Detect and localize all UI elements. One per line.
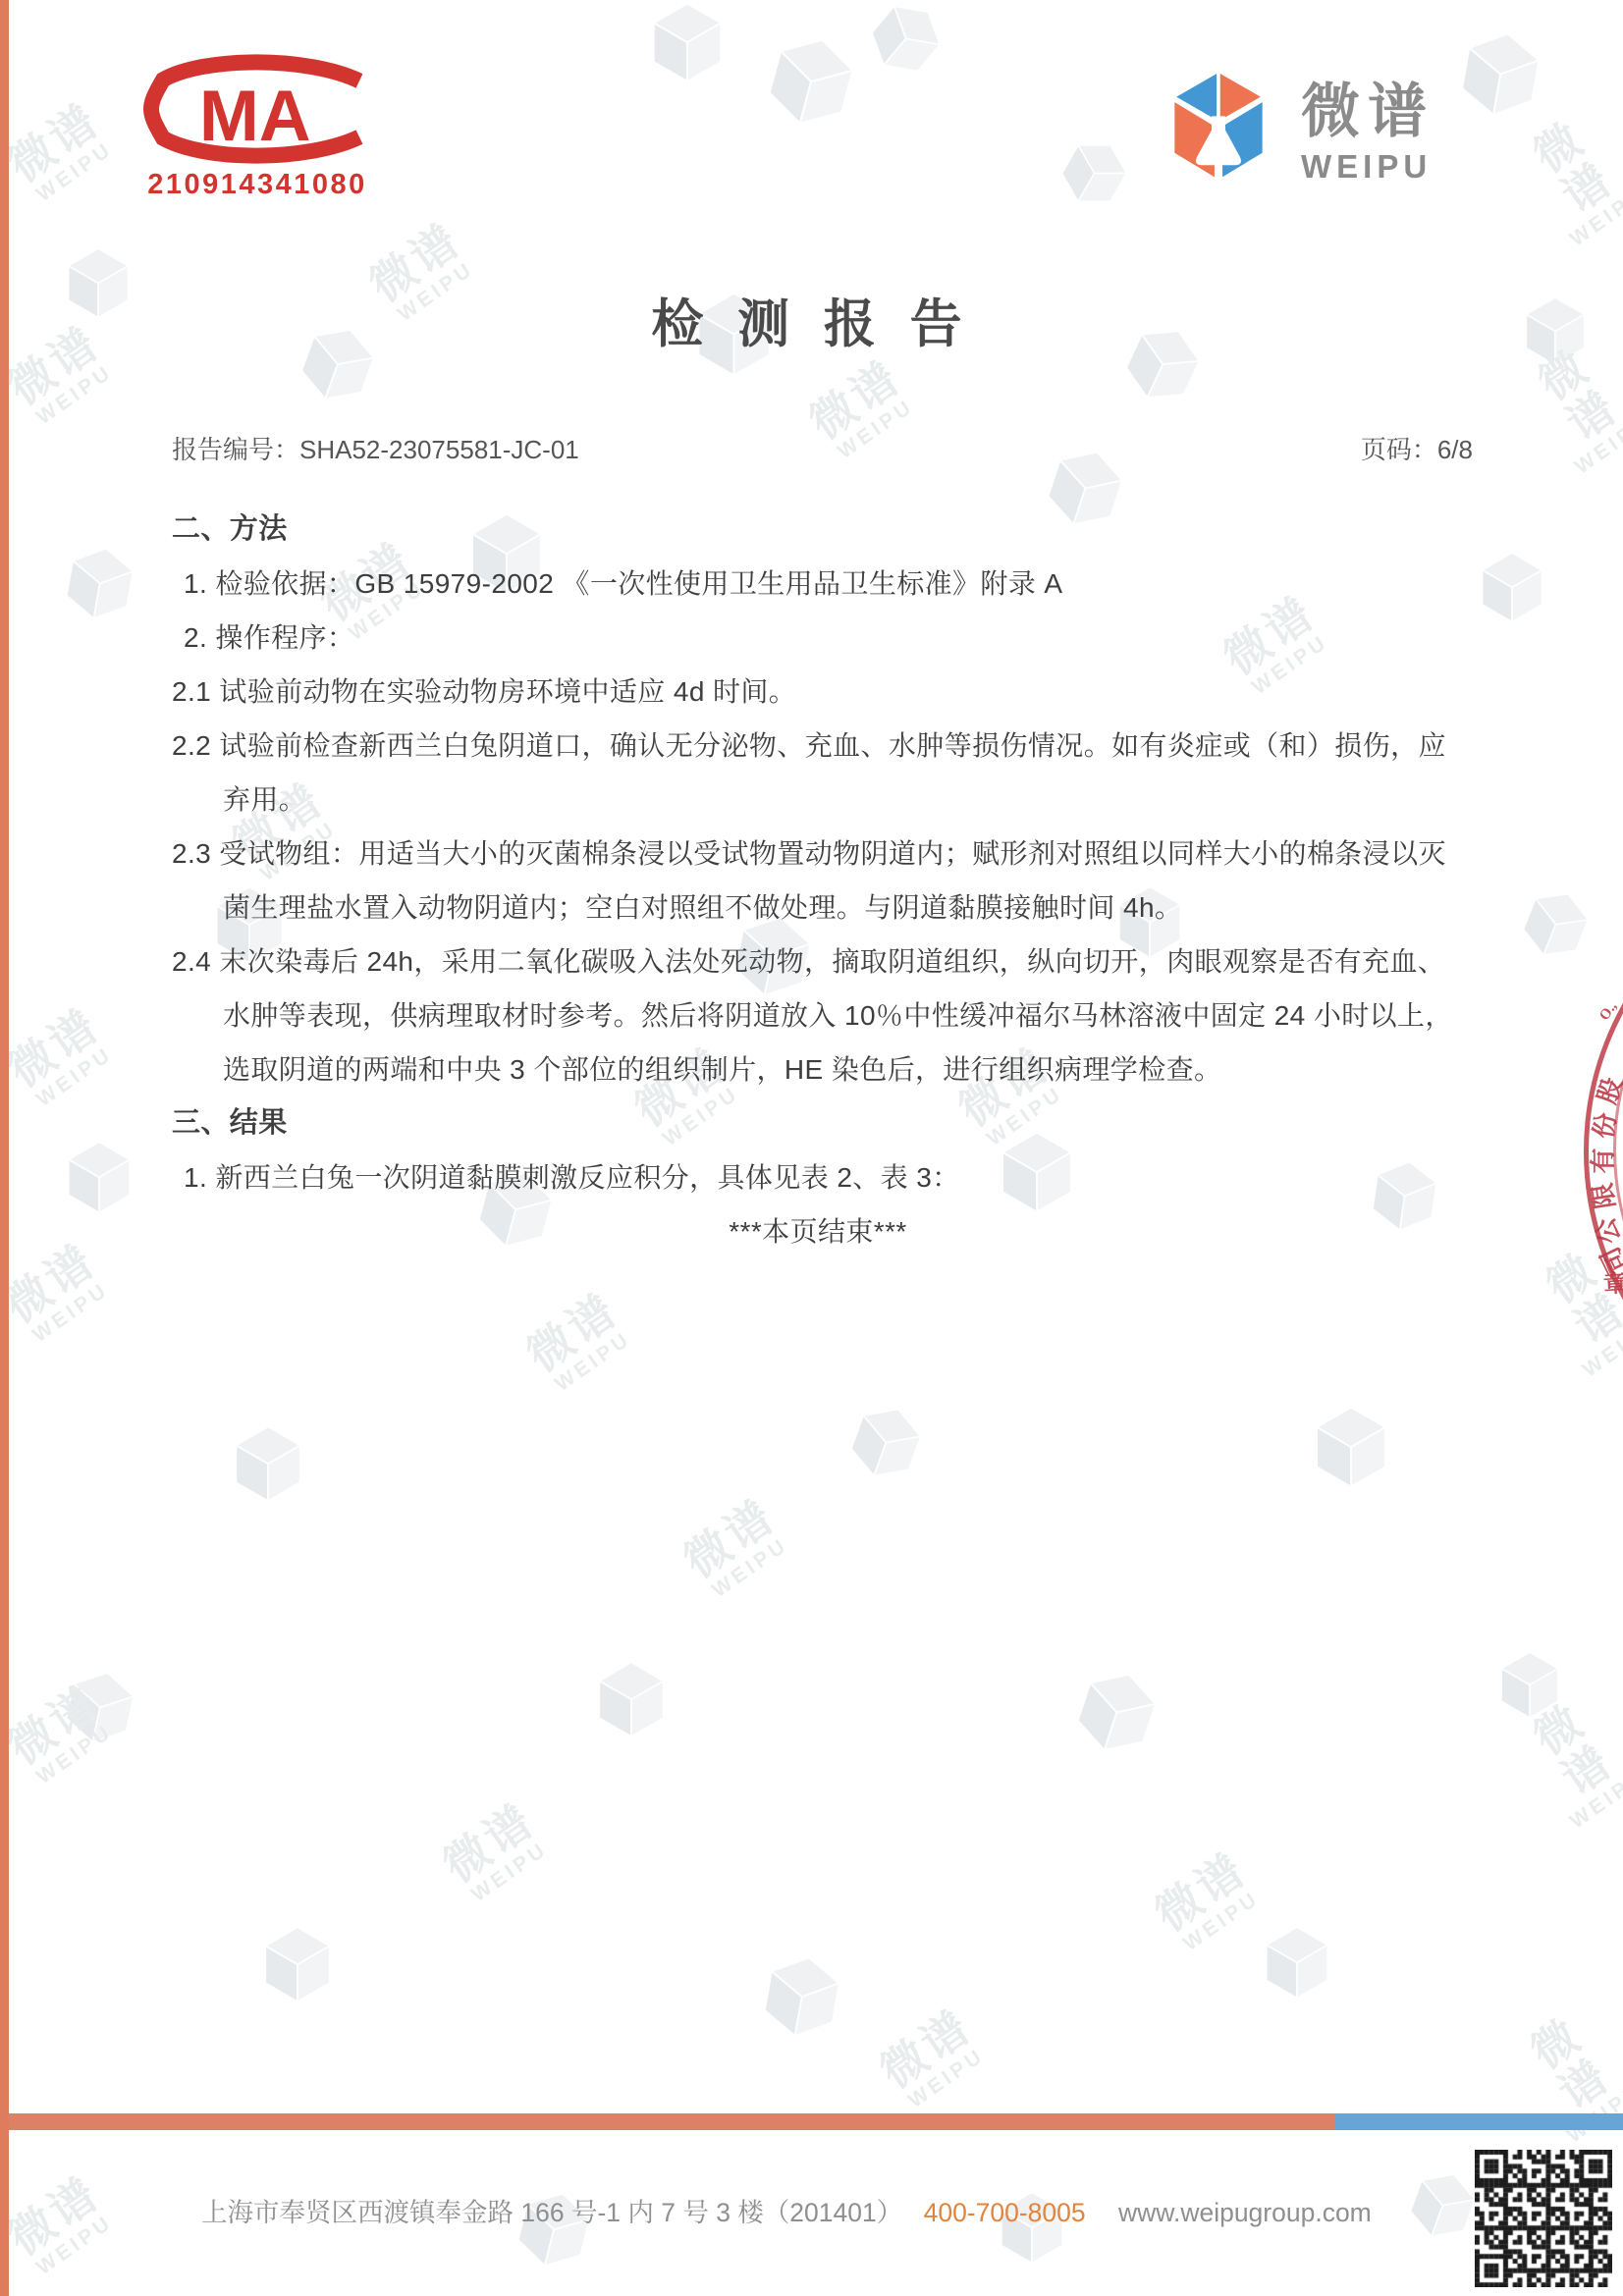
method-item-2-4: 2.4 末次染毒后 24h，采用二氧化碳吸入法处死动物，摘取阴道组织，纵向切开，…	[172, 934, 1464, 1096]
watermark-cube-icon	[748, 1947, 853, 2056]
weipu-logo-en: WEIPU	[1301, 149, 1434, 185]
watermark-text: 微谱WEIPU	[0, 1677, 122, 1792]
footer-accent-bar-blue	[1335, 2113, 1623, 2130]
report-number: 报告编号：SHA52-23075581-JC-01	[172, 430, 579, 466]
watermark-cube-icon	[749, 24, 871, 148]
method-heading: 二、方法	[172, 503, 1464, 557]
footer-contact: 上海市奉贤区西渡镇奉金路 166 号-1 内 7 号 3 楼（201401） 4…	[201, 2191, 1372, 2229]
page-number: 页码：6/8	[1361, 430, 1473, 466]
method-item-2-2: 2.2 试验前检查新西兰白兔阴道口，确认无分泌物、充血、水肿等损伤情况。如有炎症…	[172, 719, 1464, 827]
watermark-text: 微谱WEIPU	[0, 1235, 118, 1351]
footer-accent-bar-orange	[0, 2113, 1335, 2130]
qr-code	[1475, 2150, 1612, 2287]
footer-website: www.weipugroup.com	[1118, 2198, 1372, 2227]
left-edge-accent-bar	[0, 0, 9, 2296]
watermark-cube-icon	[1473, 550, 1551, 633]
watermark-text: 微谱WEIPU	[872, 2001, 994, 2116]
cma-mark-text: MA	[199, 77, 311, 156]
watermark-cube-icon	[59, 1139, 139, 1224]
weipu-logo-icon	[1162, 67, 1275, 188]
page-number-label: 页码：	[1361, 435, 1437, 464]
watermark-text: 微谱WEIPU	[676, 1490, 797, 1606]
watermark-text: 微谱WEIPU	[0, 999, 122, 1115]
report-meta-row: 报告编号：SHA52-23075581-JC-01 页码：6/8	[172, 430, 1473, 466]
method-item-2: 2. 操作程序：	[172, 611, 1464, 665]
footer-address: 上海市奉贤区西渡镇奉金路 166 号-1 内 7 号 3 楼（201401）	[201, 2198, 902, 2227]
report-page: 微谱WEIPU微谱WEIPU微谱WEIPU微谱WEIPU微谱WEIPU微谱WEI…	[0, 0, 1623, 2296]
weipu-logo: 微谱 WEIPU	[1162, 67, 1434, 188]
watermark-cube-icon	[1041, 125, 1144, 230]
watermark-text: 微谱WEIPU	[0, 2167, 122, 2283]
watermark-cube-icon	[52, 539, 146, 637]
cma-logo: MA 210914341080	[135, 49, 379, 201]
report-body: 二、方法 1. 检验依据：GB 15979-2002 《一次性使用卫生用品卫生标…	[172, 503, 1464, 1258]
watermark-cube-icon	[1257, 1924, 1337, 2009]
weipu-logo-text: 微谱 WEIPU	[1301, 67, 1434, 185]
cma-number: 210914341080	[135, 169, 379, 201]
watermark-cube-icon	[1505, 878, 1604, 980]
seal-char: 有	[1584, 1148, 1620, 1173]
page-end-marker: ***本页结束***	[172, 1204, 1464, 1258]
watermark-cube-icon	[1492, 1649, 1567, 1729]
watermark-cube-icon	[846, 0, 960, 99]
cma-mark-icon: MA	[139, 49, 375, 169]
watermark-cube-icon	[1445, 23, 1554, 135]
footer-phone: 400-700-8005	[924, 2198, 1086, 2227]
watermark-text: 微谱WEIPU	[1509, 102, 1623, 252]
watermark-text: 微谱WEIPU	[518, 1284, 640, 1400]
watermark-text: 微谱WEIPU	[1147, 1843, 1269, 1959]
report-number-value: SHA52-23075581-JC-01	[299, 435, 579, 464]
seal-zhang-char: 章	[1602, 1263, 1623, 1300]
method-item-2-3: 2.3 受试物组：用适当大小的灭菌棉条浸以受试物置动物阴道内；赋形剂对照组以同样…	[172, 827, 1464, 934]
page-number-value: 6/8	[1437, 435, 1473, 464]
result-item-1: 1. 新西兰白兔一次阴道黏膜刺激反应积分，具体见表 2、表 3：	[172, 1150, 1464, 1204]
watermark-cube-icon	[1306, 1404, 1396, 1499]
result-heading: 三、结果	[172, 1096, 1464, 1150]
watermark-cube-icon	[226, 1423, 310, 1513]
report-number-label: 报告编号：	[172, 435, 299, 464]
watermark-cube-icon	[833, 1393, 938, 1501]
watermark-text: 微谱WEIPU	[1509, 1684, 1623, 1835]
watermark-cube-icon	[255, 1924, 340, 2013]
watermark-cube-icon	[51, 1661, 147, 1761]
red-seal-stamp: O., 股 份 有 限 公 司 章	[1582, 982, 1623, 1315]
weipu-logo-cn: 微谱	[1301, 75, 1434, 149]
method-item-2-1: 2.1 试验前动物在实验动物房环境中适应 4d 时间。	[172, 665, 1464, 719]
page-title: 检 测 报 告	[0, 283, 1623, 357]
watermark-cube-icon	[589, 1659, 674, 1748]
watermark-cube-icon	[643, 0, 731, 93]
watermark-text: 微谱WEIPU	[0, 94, 122, 210]
method-item-1: 1. 检验依据：GB 15979-2002 《一次性使用卫生用品卫生标准》附录 …	[172, 557, 1464, 611]
watermark-cube-icon	[1057, 1657, 1172, 1776]
watermark-text: 微谱WEIPU	[435, 1794, 557, 1910]
